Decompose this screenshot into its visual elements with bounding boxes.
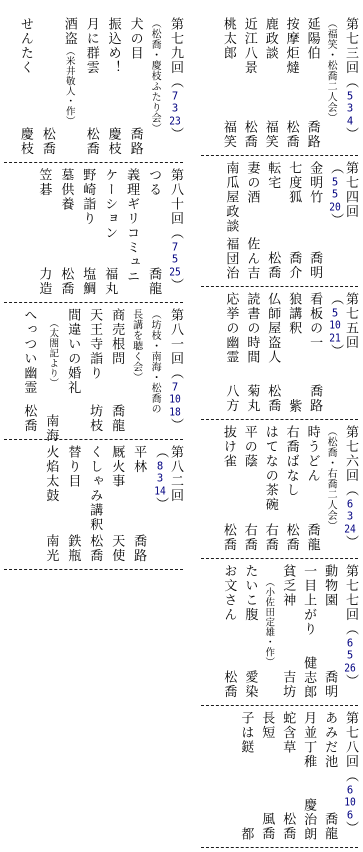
section-round-and-date: 第八十回（7525） [167, 168, 182, 293]
program-item: 桃太郎福笑 [220, 17, 235, 149]
program-item: 墓供養松喬 [57, 168, 72, 296]
program-item: 平林喬路 [130, 445, 145, 563]
item-title-text: 笠碁 [36, 168, 51, 197]
item-title: 野崎詣り [79, 168, 94, 226]
item-title: 仏師屋盗人 [264, 292, 279, 365]
program-item: はてなの茶碗右喬 [262, 425, 277, 552]
item-title-text: 狼講釈 [286, 292, 301, 336]
item-title: 酒盗（米井敬人・作） [61, 17, 76, 126]
item-title-text: 厩火事 [109, 445, 124, 489]
item-title-text: 振込め！ [106, 17, 121, 75]
section-header: 第七七回（6526） [342, 564, 357, 699]
item-title: お文さん [220, 564, 235, 622]
item-title: 商売根問 [108, 308, 123, 366]
session-date-number: 25 [169, 267, 181, 278]
item-performer: 右喬 [241, 523, 256, 552]
session-date-number: 5 [344, 91, 356, 102]
item-title: 抜け雀 [220, 425, 235, 469]
section-header: 第八二回（8314） [152, 445, 182, 563]
section-header: 第八十回（7525） [167, 168, 182, 296]
program-item: せんたく慶枝 [17, 17, 32, 156]
section-round-and-date: 第七四回（5520） [327, 161, 357, 280]
program-item: 商売根問喬龍 [108, 308, 123, 433]
section-round-and-date: 第七三回（534） [342, 17, 357, 142]
item-performer: 喬路 [306, 384, 321, 413]
close-paren: ） [153, 497, 168, 512]
close-paren: ） [328, 213, 343, 228]
program-section: 第七九回（7323）（松喬・慶枝ふたり会）犬の目喬路振込め！慶枝月に群雲松喬酒盗… [4, 0, 183, 163]
item-performer: 慶治朗 [300, 798, 315, 842]
item-title: 動物園 [321, 564, 336, 608]
item-title: 月並丁稚 [300, 711, 315, 769]
section-round-and-date: 第八一回（71018） [167, 308, 182, 433]
section-subtitle-text: 長講を聴く会） [130, 309, 142, 383]
session-date-number: 4 [344, 116, 356, 127]
item-performer: 松喬 [241, 120, 256, 149]
program-section: 第七七回（6526）動物園喬明一目上がり健志郎貧乏神吉坊（小佐田定雄・作）たいこ… [201, 559, 358, 706]
program-item: 月に群雲松喬 [83, 17, 98, 156]
open-paren: （ [328, 292, 343, 307]
session-date-number: 10 [344, 797, 356, 808]
program-item: たいこ腹愛染 [241, 564, 256, 699]
session-date-number: 3 [344, 103, 356, 114]
program-item: 近江八景松喬 [241, 17, 256, 149]
item-title-text: 桃太郎 [221, 17, 236, 61]
item-title: 天王寺詣り [86, 308, 101, 381]
item-title: 狼講釈 [285, 292, 300, 336]
item-performer: 喬龍 [145, 267, 160, 296]
item-title-text: 抜け雀 [221, 425, 236, 469]
item-performer: 喬龍 [304, 523, 319, 552]
item-performer: 佐ん吉 [243, 237, 258, 281]
item-performer: 喬龍 [108, 404, 123, 433]
item-performer: 喬路 [127, 127, 142, 156]
item-title-text: 転宅 [265, 161, 280, 190]
item-title-text: 時うどん [305, 425, 320, 483]
item-title-text: 長短 [259, 711, 274, 740]
item-title: 南瓜屋政談 [222, 161, 237, 234]
item-performer: 南光 [42, 534, 57, 563]
section-subtitle: （福笑・松喬二人会） [325, 17, 337, 150]
item-performer: 天使 [108, 534, 123, 563]
program-section: 第八二回（8314）平林喬路厩火事天使くしゃみ講釈松喬替り目鉄瓶火焰太鼓南光 [4, 440, 183, 570]
section-round-and-date: 第七六回（6324） [342, 425, 357, 550]
open-paren: （ [343, 483, 358, 498]
item-title-text: 月並丁稚 [301, 711, 316, 769]
program-item: 平の蔭右喬 [241, 425, 256, 552]
program-item: 読書の時間菊丸 [243, 292, 258, 413]
item-title-text: 右喬ばなし [284, 425, 299, 498]
wrapped-performer-column: 松喬 [39, 17, 54, 156]
item-title-text: 読書の時間 [244, 292, 259, 365]
program-item: 振込め！慶枝 [105, 17, 120, 156]
open-paren: （ [168, 75, 183, 90]
section-round: 第八十回 [168, 168, 183, 226]
item-performer: 坊枝 [86, 404, 101, 433]
item-title-text: 義理ギリコミュニ [124, 168, 139, 284]
session-date-number: 7 [169, 91, 181, 102]
item-performer: 右喬 [262, 523, 277, 552]
section-round: 第七八回 [343, 711, 358, 769]
item-title-text: 子は鎹 [238, 711, 253, 755]
item-performer: 菊丸 [243, 384, 258, 413]
section-header: 第七三回（534） [342, 17, 357, 149]
section-round: 第七四回 [343, 161, 358, 219]
section-round: 第八二回 [168, 445, 183, 503]
program-item: つる喬龍 [145, 168, 160, 296]
session-date-number: 5 [329, 177, 341, 188]
item-performer: 愛染 [241, 670, 256, 699]
open-paren: （ [343, 622, 358, 637]
session-date-number: 10 [169, 394, 181, 405]
section-subtitle-text: （松喬・右喬二人会） [325, 426, 337, 531]
item-title-text: 貧乏神 [280, 564, 295, 608]
item-title-text: へっつい幽霊 [21, 308, 36, 395]
item-performer: 松喬 [283, 120, 298, 149]
item-title-text: 間違いの婚礼 [65, 308, 80, 395]
item-title: 読書の時間 [243, 292, 258, 365]
session-date-number: 6 [344, 499, 356, 510]
program-item: 仏師屋盗人松喬 [264, 292, 279, 413]
program-section: 第七四回（5520）金明竹喬明七度狐喬介転宅松喬妻の酒佐ん吉南瓜屋政談福団治 [201, 156, 358, 287]
session-date-number: 14 [154, 486, 166, 497]
item-title-text: たいこ腹 [242, 564, 257, 622]
item-title: 平林 [130, 445, 145, 474]
item-title-text: 野崎詣り [80, 168, 95, 226]
item-title-text: 看板の一 [307, 292, 322, 350]
item-title: 替り目 [64, 445, 79, 489]
section-round: 第七三回 [343, 17, 358, 75]
item-performer: 喬明 [321, 670, 336, 699]
session-date-number: 5 [329, 308, 341, 319]
item-title-text: はてなの茶碗 [263, 425, 278, 512]
item-title: 義理ギリコミュニ [123, 168, 138, 284]
session-date-number: 21 [329, 333, 341, 344]
session-date-number: 23 [169, 116, 181, 127]
item-title: 笠碁 [35, 168, 50, 197]
item-title: 鹿政談 [262, 17, 277, 61]
item-performer: 松喬 [283, 523, 298, 552]
item-performer: 慶枝 [105, 127, 120, 156]
item-performer: 吉坊 [279, 670, 294, 699]
close-paren: ） [343, 674, 358, 689]
close-paren: ） [343, 535, 358, 550]
session-date-number: 6 [344, 810, 356, 821]
item-title-text: 墓供養 [58, 168, 73, 212]
item-title: 転宅 [264, 161, 279, 190]
program-item: 右喬ばなし松喬 [283, 425, 298, 552]
program-item: くしゃみ講釈松喬 [86, 445, 101, 563]
close-paren: ） [168, 127, 183, 142]
close-paren: ） [168, 418, 183, 433]
item-performer: 福笑 [262, 120, 277, 149]
item-title-text: 南瓜屋政談 [223, 161, 238, 234]
item-title: 七度狐 [285, 161, 300, 205]
item-performer: 塩鯛 [79, 267, 94, 296]
item-title-text: 平の蔭 [242, 425, 257, 469]
item-annotation: （米井敬人・作） [64, 46, 75, 126]
item-title: 看板の一 [306, 292, 321, 350]
item-performer: 喬龍 [321, 812, 336, 841]
program-item: ケーション福丸 [101, 168, 116, 296]
session-date-number: 20 [329, 202, 341, 213]
program-item: 狼講釈紫 [285, 292, 300, 413]
program-item: 転宅松喬 [264, 161, 279, 280]
item-title: 按摩炬燵 [283, 17, 298, 75]
item-title: あみだ池 [321, 711, 336, 769]
item-performer: 喬介 [285, 251, 300, 280]
session-date-number: 7 [169, 242, 181, 253]
item-performer: 福笑 [220, 120, 235, 149]
item-title-text: 金明竹 [307, 161, 322, 205]
close-paren: ） [168, 278, 183, 293]
section-subtitle-text: （福笑・松喬二人会） [325, 18, 337, 123]
section-round: 第七九回 [168, 17, 183, 75]
item-title-text: 応挙の幽霊 [223, 292, 238, 365]
item-performer: 松喬 [264, 251, 279, 280]
open-paren: （ [168, 226, 183, 241]
section-round-and-date: 第七八回（6106） [342, 711, 357, 836]
item-title-text: 近江八景 [242, 17, 257, 75]
item-performer: 鉄瓶 [64, 534, 79, 563]
session-date-number: 3 [154, 473, 166, 484]
item-performer: 松喬 [279, 812, 294, 841]
program-item: 蛇含草松喬 [279, 711, 294, 841]
program-item: 延陽伯喬路 [304, 17, 319, 149]
item-title: 犬の目 [127, 17, 142, 61]
program-section: 第八十回（7525）つる喬龍義理ギリコミュニケーション福丸野崎詣り塩鯛墓供養松喬… [4, 163, 183, 303]
section-subtitle-text: （松喬・慶枝ふたり会） [149, 18, 161, 134]
session-date-number: 6 [344, 638, 356, 649]
item-performer: 風喬 [258, 812, 273, 841]
section-header: 第七六回（6324） [342, 425, 357, 552]
item-title-text: お文さん [221, 564, 236, 622]
item-performer: 力造 [35, 267, 50, 296]
session-date-number: 8 [154, 461, 166, 472]
item-title: 月に群雲 [83, 17, 98, 75]
program-band-left: 第七九回（7323）（松喬・慶枝ふたり会）犬の目喬路振込め！慶枝月に群雲松喬酒盗… [4, 0, 183, 570]
section-round: 第七六回 [343, 425, 358, 483]
item-performer: 喬明 [306, 251, 321, 280]
item-title: はてなの茶碗 [262, 425, 277, 512]
program-item: 野崎詣り塩鯛 [79, 168, 94, 296]
item-title-text: 動物園 [322, 564, 337, 608]
session-date-number: 10 [329, 320, 341, 331]
item-performer: 都 [237, 827, 252, 842]
program-item: お文さん松喬 [220, 564, 235, 699]
item-title: 子は鎹 [237, 711, 252, 755]
item-performer: 松喬 [264, 384, 279, 413]
item-performer: 松喬 [57, 267, 72, 296]
item-performer: 福団治 [222, 237, 237, 281]
item-performer: 喬路 [130, 534, 145, 563]
section-round: 第七五回 [343, 292, 358, 350]
program-band-right: 第七三回（534）（福笑・松喬二人会）延陽伯喬路按摩炬燵松喬鹿政談福笑近江八景松… [201, 0, 358, 848]
program-section: 第七三回（534）（福笑・松喬二人会）延陽伯喬路按摩炬燵松喬鹿政談福笑近江八景松… [201, 0, 358, 156]
program-item: 一目上がり健志郎 [300, 564, 315, 699]
program-section: 第七五回（51021）看板の一喬路狼講釈紫仏師屋盗人松喬読書の時間菊丸応挙の幽霊… [201, 287, 358, 420]
program-section: 第八一回（71018）（坊枝・南海・松喬の長講を聴く会）商売根問喬龍天王寺詣り坊… [4, 303, 183, 440]
item-title: 墓供養 [57, 168, 72, 212]
section-round: 第七七回 [343, 564, 358, 622]
open-paren: （ [328, 161, 343, 176]
item-title-text: あみだ池 [322, 711, 337, 769]
item-title: 火焰太鼓 [42, 445, 57, 503]
item-title-text: くしゃみ講釈 [87, 445, 102, 532]
item-title-text: 天王寺詣り [87, 308, 102, 381]
program-item: 月並丁稚慶治朗 [300, 711, 315, 841]
item-title-text: ケーション [102, 168, 117, 241]
item-title-text: 月に群雲 [84, 17, 99, 75]
program-section: 第七八回（6106）あみだ池喬龍月並丁稚慶治朗蛇含草松喬長短風喬子は鎹都 [201, 706, 358, 848]
item-title: へっつい幽霊 [20, 308, 35, 395]
item-title: せんたく [17, 17, 32, 75]
open-paren: （ [343, 75, 358, 90]
item-title-text: 火焰太鼓 [43, 445, 58, 503]
item-title: 妻の酒 [243, 161, 258, 205]
program-item: 応挙の幽霊八方 [222, 292, 237, 413]
section-round-and-date: 第七五回（51021） [327, 292, 357, 413]
item-title: 厩火事 [108, 445, 123, 489]
item-performer: 松喬 [39, 127, 54, 156]
item-performer: 松喬 [220, 670, 235, 699]
section-round-and-date: 第七九回（7323） [167, 17, 182, 142]
close-paren: ） [343, 127, 358, 142]
section-header: 第七四回（5520） [327, 161, 357, 280]
section-header: 第七五回（51021） [327, 292, 357, 413]
item-performer: 松喬 [20, 404, 35, 433]
item-title: 平の蔭 [241, 425, 256, 469]
session-date-number: 24 [344, 524, 356, 535]
program-item: 火焰太鼓南光 [42, 445, 57, 563]
program-item: あみだ池喬龍 [321, 711, 336, 841]
section-subtitle: 長講を聴く会） [130, 308, 142, 434]
item-title-text: つる [146, 168, 161, 197]
item-title-text: 平林 [131, 445, 146, 474]
item-title-text: 犬の目 [128, 17, 143, 61]
item-annotation-column: （小佐田定雄・作） [262, 564, 273, 712]
program-item: 鹿政談福笑 [262, 17, 277, 149]
item-title-text: 妻の酒 [244, 161, 259, 205]
item-performer: 福丸 [101, 267, 116, 296]
program-item: 七度狐喬介 [285, 161, 300, 280]
section-round-and-date: 第七七回（6526） [342, 564, 357, 689]
session-date-number: 7 [169, 382, 181, 393]
program-item: 貧乏神吉坊 [279, 564, 294, 699]
session-date-number: 3 [344, 511, 356, 522]
item-title: 近江八景 [241, 17, 256, 75]
program-item: 間違いの婚礼 [64, 308, 79, 433]
item-title: 時うどん [304, 425, 319, 483]
session-date-number: 26 [344, 663, 356, 674]
program-item: 動物園喬明 [321, 564, 336, 699]
item-title: 金明竹 [306, 161, 321, 205]
item-performer: 慶枝 [17, 127, 32, 156]
item-performer: 紫 [285, 399, 300, 414]
item-title: つる [145, 168, 160, 197]
program-item: 子は鎹都 [237, 711, 252, 841]
program-item: 妻の酒佐ん吉 [243, 161, 258, 280]
item-title-text: 一目上がり [301, 564, 316, 637]
item-performer: 南海 [42, 414, 57, 443]
item-title: 蛇含草 [279, 711, 294, 755]
program-item: 南瓜屋政談福団治 [222, 161, 237, 280]
item-title-text: 七度狐 [286, 161, 301, 205]
section-subtitle: （松喬・右喬二人会） [325, 425, 337, 553]
item-title: 延陽伯 [304, 17, 319, 61]
item-performer: 喬路 [304, 120, 319, 149]
section-round-and-date: 第八二回（8314） [152, 445, 182, 563]
item-title: 一目上がり [300, 564, 315, 637]
item-title-text: 仏師屋盗人 [265, 292, 280, 365]
item-title: たいこ腹 [241, 564, 256, 622]
session-date-number: 3 [169, 103, 181, 114]
item-title: 桃太郎 [220, 17, 235, 61]
item-title: ケーション [101, 168, 116, 241]
item-title-text: 蛇含草 [280, 711, 295, 755]
section-round: 第八一回 [168, 308, 183, 366]
item-performer: 健志郎 [300, 656, 315, 700]
item-title-text: 鹿政談 [263, 17, 278, 61]
program-item: 厩火事天使 [108, 445, 123, 563]
program-item: 看板の一喬路 [306, 292, 321, 413]
program-item: 笠碁力造 [35, 168, 50, 296]
program-item: 按摩炬燵松喬 [283, 17, 298, 149]
program-item: 抜け雀松喬 [220, 425, 235, 552]
item-annotation: （太閤記より） [42, 318, 57, 388]
program-item: 義理ギリコミュニ [123, 168, 138, 296]
open-paren: （ [168, 366, 183, 381]
item-title-text: 延陽伯 [305, 17, 320, 61]
item-title: 右喬ばなし [283, 425, 298, 498]
program-item: 替り目鉄瓶 [64, 445, 79, 563]
item-title: 長短 [258, 711, 273, 740]
program-item: 天王寺詣り坊枝 [86, 308, 101, 433]
program-item: へっつい幽霊松喬 [20, 308, 35, 433]
section-subtitle: （松喬・慶枝ふたり会） [149, 17, 161, 157]
item-title: くしゃみ講釈 [86, 445, 101, 532]
item-annotation: （小佐田定雄・作） [262, 577, 273, 667]
program-item: 時うどん喬龍 [304, 425, 319, 552]
session-date-number: 5 [329, 189, 341, 200]
item-title-text: 替り目 [65, 445, 80, 489]
program-item: 長短風喬 [258, 711, 273, 841]
section-subtitle: （坊枝・南海・松喬の [149, 308, 161, 434]
section-subtitle-text: （坊枝・南海・松喬の [149, 309, 161, 414]
item-title-text: 按摩炬燵 [284, 17, 299, 75]
open-paren: （ [153, 445, 168, 460]
section-header: 第七九回（7323） [167, 17, 182, 156]
item-title-text: 酒盗 [62, 17, 77, 46]
program-item: 犬の目喬路 [127, 17, 142, 156]
item-title: 応挙の幽霊 [222, 292, 237, 365]
item-title-text: せんたく [18, 17, 33, 75]
item-performer: 松喬 [220, 523, 235, 552]
section-header: 第七八回（6106） [342, 711, 357, 841]
session-date-number: 6 [344, 785, 356, 796]
item-title: 間違いの婚礼 [64, 308, 79, 395]
session-date-number: 5 [169, 254, 181, 265]
open-paren: （ [343, 769, 358, 784]
program-item: 酒盗（米井敬人・作） [61, 17, 76, 156]
item-title-text: 商売根問 [109, 308, 124, 366]
item-annotation-column: （太閤記より）南海 [42, 308, 57, 443]
section-header: 第八一回（71018） [167, 308, 182, 433]
item-performer: 松喬 [83, 127, 98, 156]
program-item: 金明竹喬明 [306, 161, 321, 280]
item-title: 振込め！ [105, 17, 120, 75]
session-date-number: 5 [344, 650, 356, 661]
